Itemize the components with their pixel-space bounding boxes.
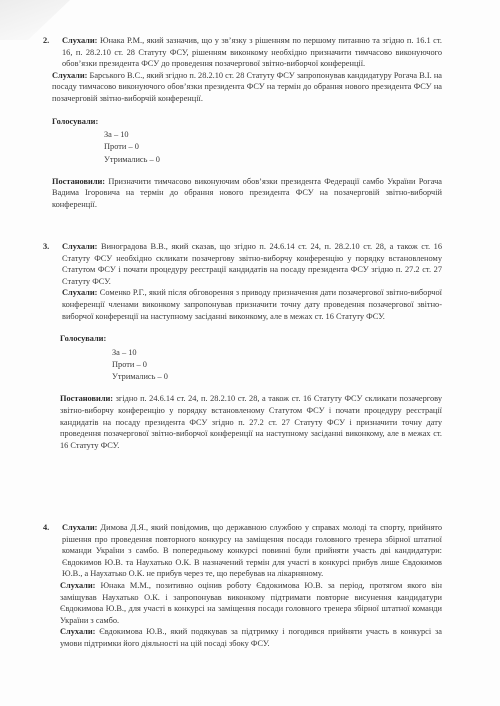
heard-label: Слухали: (60, 627, 95, 636)
item-number: 4. (43, 522, 49, 534)
heard-paragraph: Слухали: Димова Д.Я., який повідомив, що… (46, 522, 442, 580)
resolved-paragraph: Постановили: Призначити тимчасово викону… (52, 176, 442, 211)
heard-label: Слухали: (62, 288, 97, 297)
resolved-label: Постановили: (60, 394, 113, 403)
heard-paragraph: Слухали: Юнака М.М., позитивно оцінив ро… (60, 580, 442, 626)
item-number: 3. (43, 241, 49, 253)
votes-for: За – 10 (104, 129, 442, 141)
voting-label: Голосували: (60, 333, 442, 345)
votes-abstained: Утримались – 0 (112, 371, 442, 383)
voting-label: Голосували: (52, 116, 442, 128)
heard-label: Слухали: (52, 71, 87, 80)
votes-abstained: Утримались – 0 (104, 154, 442, 166)
item-number: 2. (43, 35, 49, 47)
heard-text: Димова Д.Я., який повідомив, що державно… (62, 523, 442, 578)
heard-label: Слухали: (62, 242, 97, 251)
heard-text: Юнака М.М., позитивно оцінив роботу Євдо… (60, 581, 442, 625)
heard-text: Євдокимова Ю.В., який подякував за підтр… (60, 627, 442, 648)
voting-block: Голосували: За – 10 Проти – 0 Утримались… (60, 333, 442, 383)
votes-against: Проти – 0 (104, 141, 442, 153)
resolved-label: Постановили: (52, 177, 105, 186)
heard-paragraph: Слухали: Євдокимова Ю.В., який подякував… (60, 626, 442, 649)
heard-text: Виноградова В.В., який сказав, що згідно… (62, 242, 442, 286)
heard-paragraph: Слухали: Барського В.С., який згідно п. … (52, 70, 442, 105)
heard-paragraph: Слухали: Юнака Р.М., який зазначив, що у… (46, 35, 442, 70)
heard-label: Слухали: (62, 36, 97, 45)
heard-text: Юнака Р.М., який зазначив, що у зв’язку … (62, 36, 442, 68)
resolved-paragraph: Постановили: згідно п. 24.6.14 ст. 24, п… (60, 393, 442, 451)
vote-results: За – 10 Проти – 0 Утримались – 0 (60, 347, 442, 384)
agenda-item-2: 2. Слухали: Юнака Р.М., який зазначив, щ… (46, 35, 442, 211)
votes-for: За – 10 (112, 347, 442, 359)
vote-results: За – 10 Проти – 0 Утримались – 0 (52, 129, 442, 166)
resolved-text: Призначити тимчасово виконуючим обов’язк… (52, 177, 442, 209)
agenda-item-3: 3. Слухали: Виноградова В.В., який сказа… (46, 241, 442, 451)
votes-against: Проти – 0 (112, 359, 442, 371)
heard-text: Барського В.С., який згідно п. 28.2.10 с… (52, 71, 442, 103)
agenda-item-4: 4. Слухали: Димова Д.Я., який повідомив,… (46, 522, 442, 650)
page-fold-shadow (0, 0, 70, 40)
resolved-text: згідно п. 24.6.14 ст. 24, п. 28.2.10 ст.… (60, 394, 442, 449)
heard-label: Слухали: (60, 581, 95, 590)
voting-block: Голосували: За – 10 Проти – 0 Утримались… (52, 116, 442, 166)
heard-paragraph: Слухали: Виноградова В.В., який сказав, … (46, 241, 442, 287)
heard-paragraph: Слухали: Соменко Р.Г., який після обгово… (62, 287, 442, 322)
heard-text: Соменко Р.Г., який після обговорення з п… (62, 288, 442, 320)
heard-label: Слухали: (62, 523, 97, 532)
